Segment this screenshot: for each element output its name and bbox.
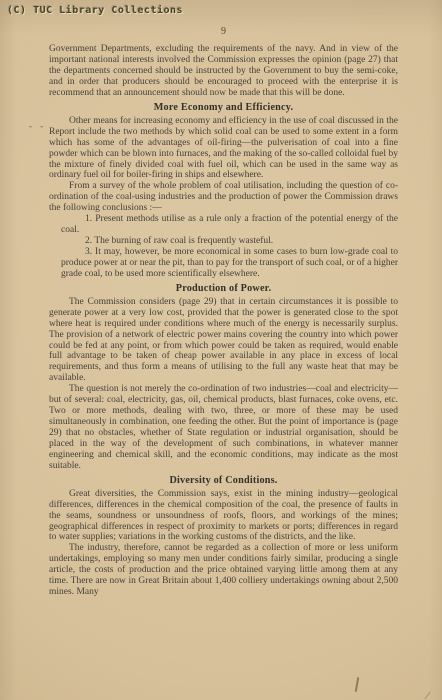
paragraph-power-generation: The Commission considers (page 29) that … xyxy=(49,297,398,384)
section-heading-more-economy: More Economy and Efficiency. xyxy=(49,103,398,114)
copyright-watermark: (C) TUC Library Collections xyxy=(7,5,183,16)
conclusion-item-1: 1. Present methods utilise as a rule onl… xyxy=(49,214,398,236)
paragraph-other-means: Other means for increasing economy and e… xyxy=(49,116,398,181)
paragraph-survey-conclusions: From a survey of the whole problem of co… xyxy=(49,181,398,214)
page-number: 9 xyxy=(49,26,398,37)
pencil-mark-dashes: - - xyxy=(29,121,46,131)
conclusion-item-3: 3. It may, however, be more economical i… xyxy=(49,247,398,280)
pen-mark-corner xyxy=(424,692,430,700)
pen-mark xyxy=(355,677,359,692)
paragraph-industry-undertakings: The industry, therefore, cannot be regar… xyxy=(49,543,398,598)
page-content: Government Departments, excluding the re… xyxy=(49,44,398,598)
conclusion-item-2: 2. The burning of raw coal is frequently… xyxy=(49,236,398,247)
paragraph-continuation: Government Departments, excluding the re… xyxy=(49,44,398,99)
scanned-document-page: (C) TUC Library Collections 9 - - Govern… xyxy=(0,0,442,700)
paragraph-coordination-industries: The question is not merely the co-ordina… xyxy=(49,384,398,471)
section-heading-production-of-power: Production of Power. xyxy=(49,284,398,295)
paragraph-great-diversities: Great diversities, the Commission says, … xyxy=(49,489,398,544)
section-heading-diversity-of-conditions: Diversity of Conditions. xyxy=(49,476,398,487)
